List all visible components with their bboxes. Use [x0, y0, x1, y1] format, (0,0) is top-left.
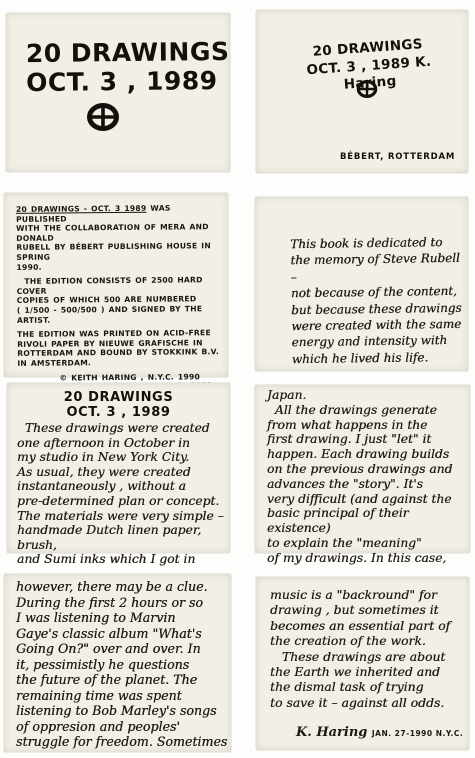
process-text: Japan. All the drawings generate from wh…	[267, 388, 467, 566]
closing-text: music is a "backround" for drawing , but…	[270, 587, 465, 710]
book-spread: 20 DRAWINGS OCT. 3 , 1989 20 DRAWINGS OC…	[0, 0, 475, 758]
cover-title: 20 DRAWINGS OCT. 3 , 1989	[26, 38, 230, 97]
signature-name: K. Haring	[296, 725, 367, 740]
publisher-imprint: BÉBERT, ROTTERDAM	[340, 152, 455, 162]
closing-page: music is a "backround" for drawing , but…	[256, 577, 469, 750]
intro-page: 20 DRAWINGS OCT. 3 , 1989 These drawings…	[7, 383, 230, 553]
colophon-para-1: WITH THE COLLABORATION OF MERA AND DONAL…	[16, 222, 218, 272]
colophon-para-2: THE EDITION CONSISTS OF 2500 HARD COVER …	[17, 275, 219, 325]
colophon-para-3: THE EDITION WAS PRINTED ON ACID-FREE RIV…	[17, 328, 219, 368]
process-page: Japan. All the drawings generate from wh…	[255, 385, 470, 553]
circled-cross-icon	[86, 103, 120, 131]
dedication-text: This book is dedicated to the memory of …	[290, 234, 469, 368]
cover-page: 20 DRAWINGS OCT. 3 , 1989	[6, 13, 230, 172]
half-title-page: 20 DRAWINGS OCT. 3 , 1989 K. Haring BÉBE…	[256, 10, 468, 173]
dedication-page: This book is dedicated to the memory of …	[255, 197, 468, 371]
intro-title: 20 DRAWINGS OCT. 3 , 1989	[7, 390, 230, 421]
colophon-head: 20 DRAWINGS - OCT. 3 1989 WAS PUBLISHED	[16, 203, 218, 224]
colophon-page: 20 DRAWINGS - OCT. 3 1989 WAS PUBLISHED …	[4, 193, 228, 377]
intro-text: These drawings were created one afternoo…	[17, 421, 227, 567]
circled-cross-icon	[356, 80, 378, 98]
music-text: however, there may be a clue. During the…	[16, 579, 228, 750]
signature-date: JAN. 27-1990 N.Y.C.	[372, 729, 463, 738]
music-page: however, there may be a clue. During the…	[4, 574, 231, 752]
colophon-head-title: 20 DRAWINGS - OCT. 3 1989	[16, 204, 147, 214]
signature-line: K. Haring JAN. 27-1990 N.Y.C.	[296, 723, 463, 741]
